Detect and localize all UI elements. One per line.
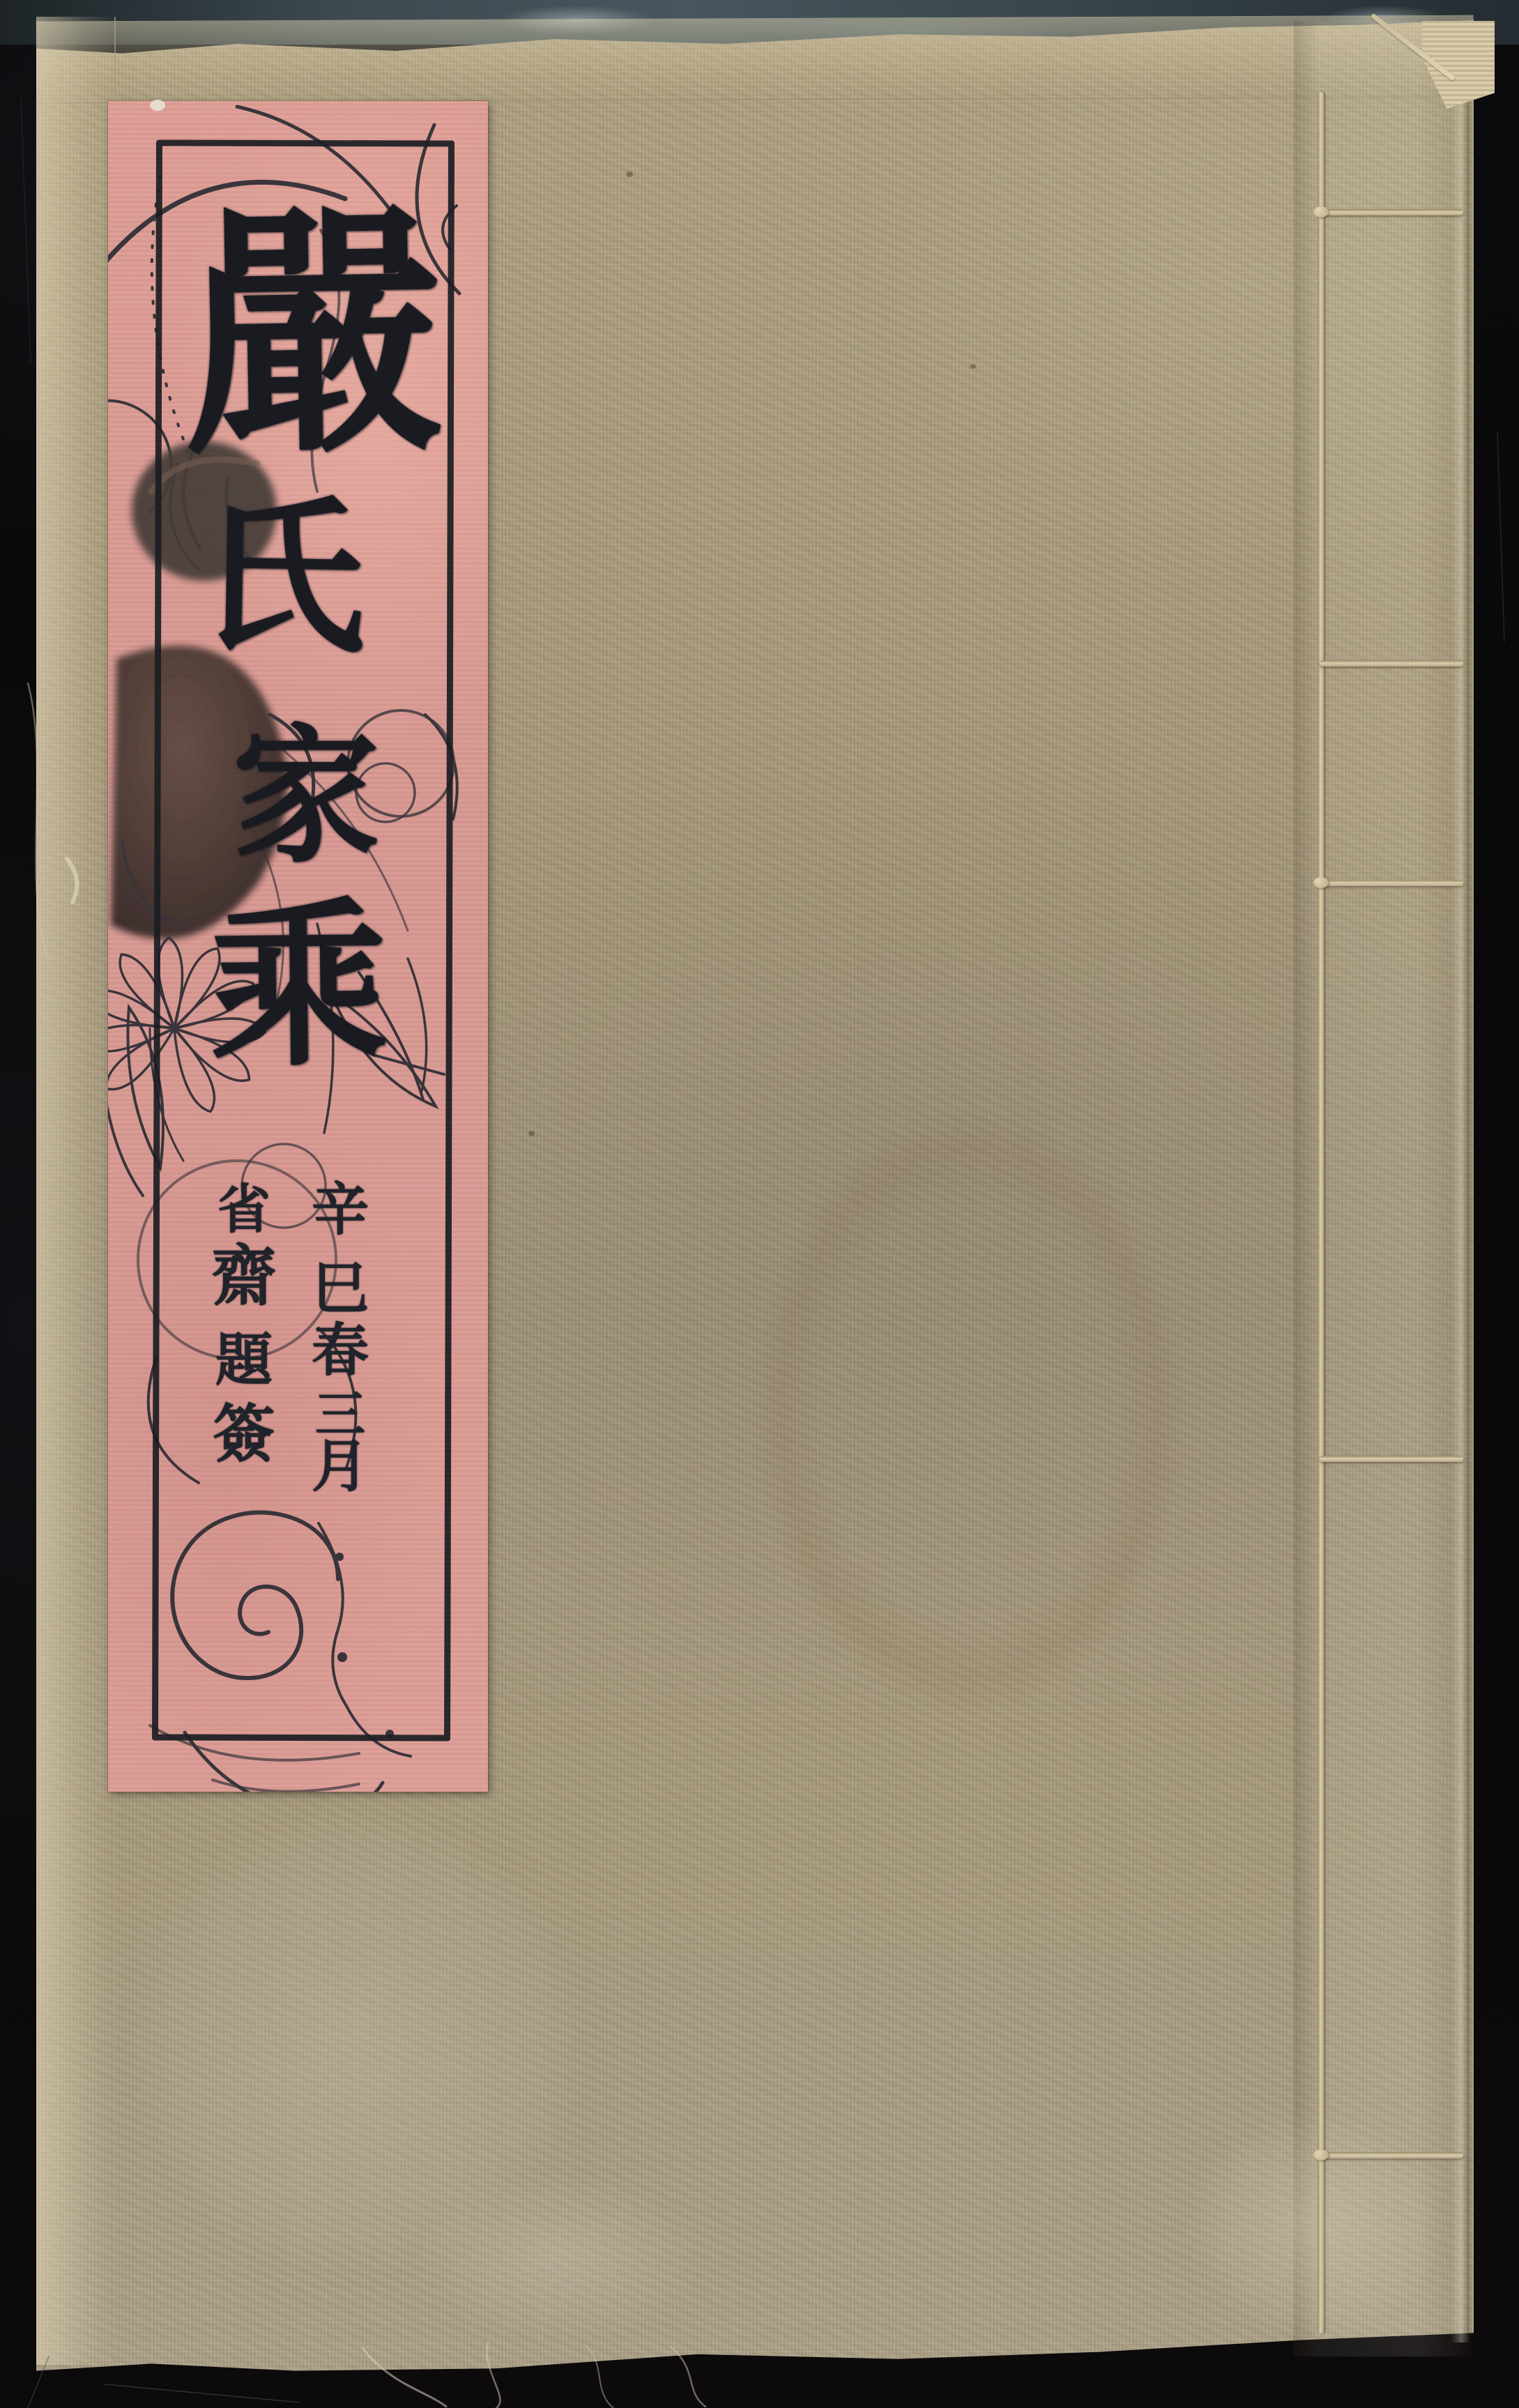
book-cover-photo: 嚴 氏 家 乘 辛 巳 春 三 月 省 齋 題 簽	[0, 0, 1519, 2408]
loose-fibers-overlay	[0, 0, 1519, 2408]
